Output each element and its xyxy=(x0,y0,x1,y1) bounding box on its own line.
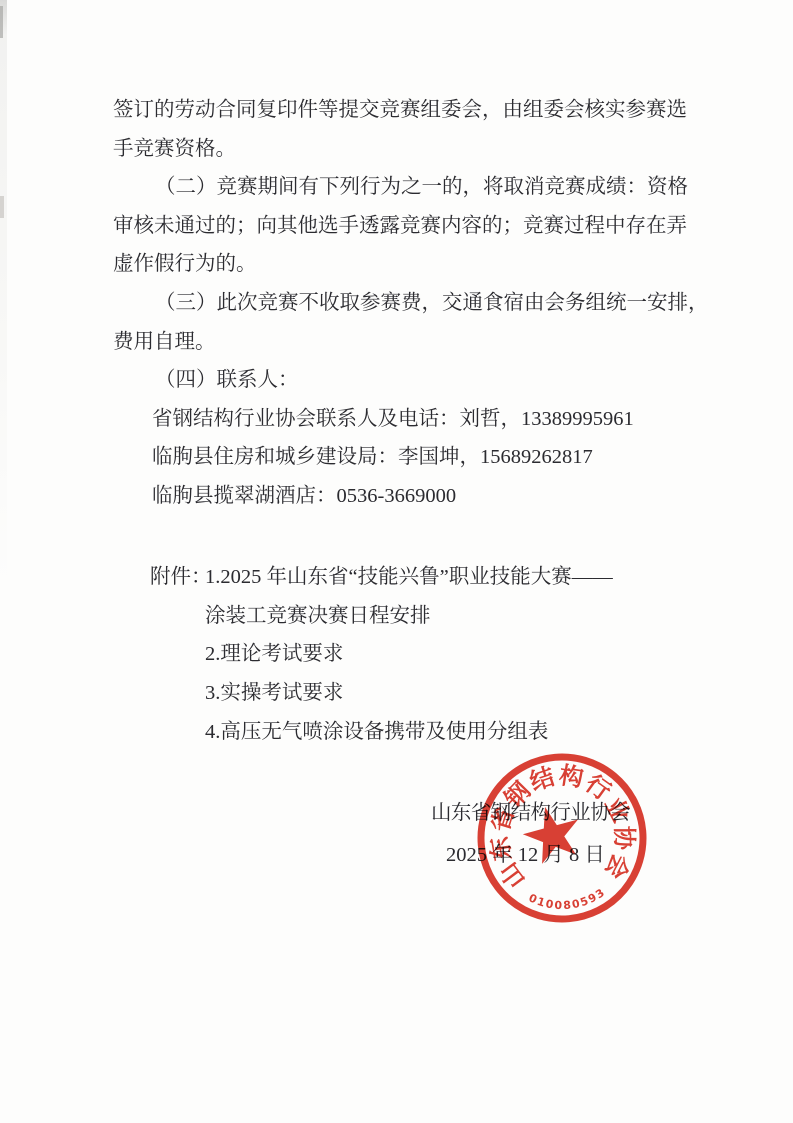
body-line: （四）联系人： xyxy=(113,361,709,400)
body-line: 签订的劳动合同复印件等提交竞赛组委会，由组委会核实参赛选 xyxy=(113,91,709,130)
contact-line: 省钢结构行业协会联系人及电话：刘哲，13389995961 xyxy=(113,400,709,439)
attachment-line: 附件： 1.2025 年山东省“技能兴鲁”职业技能大赛—— xyxy=(150,558,613,597)
body-line: （三）此次竞赛不收取参赛费，交通食宿由会务组统一安排， xyxy=(113,284,709,323)
svg-text:结: 结 xyxy=(526,761,558,796)
attachment-item: 1.2025 年山东省“技能兴鲁”职业技能大赛—— xyxy=(205,558,613,597)
scan-artifact-mark xyxy=(0,196,4,218)
attachments-block: 附件： 1.2025 年山东省“技能兴鲁”职业技能大赛—— 涂装工竞赛决赛日程安… xyxy=(150,558,613,752)
svg-text:协: 协 xyxy=(610,826,639,851)
attachment-item: 4.高压无气喷涂设备携带及使用分组表 xyxy=(150,713,613,752)
attachment-item: 涂装工竞赛决赛日程安排 xyxy=(150,597,613,636)
signature-date: 2025 年 12 月 8 日 xyxy=(446,837,605,867)
attachment-item: 3.实操考试要求 xyxy=(150,674,613,713)
contact-line: 临朐县揽翠湖酒店：0536-3669000 xyxy=(113,477,709,516)
scan-artifact-left-edge xyxy=(0,0,7,588)
body-line: 虚作假行为的。 xyxy=(113,245,709,284)
body-line: 手竞赛资格。 xyxy=(113,130,709,169)
scanned-document-page: 签订的劳动合同复印件等提交竞赛组委会，由组委会核实参赛选 手竞赛资格。 （二）竞… xyxy=(0,0,793,1123)
body-line: 费用自理。 xyxy=(113,323,709,362)
body-line: （二）竞赛期间有下列行为之一的，将取消竞赛成绩：资格 xyxy=(113,168,709,207)
contact-line: 临朐县住房和城乡建设局：李国坤，15689262817 xyxy=(113,438,709,477)
attachment-item: 2.理论考试要求 xyxy=(150,635,613,674)
attachments-label: 附件： xyxy=(150,558,205,597)
svg-text:构: 构 xyxy=(557,760,585,792)
signature-organization: 山东省钢结构行业协会 xyxy=(431,795,630,825)
body-text-block: 签订的劳动合同复印件等提交竞赛组委会，由组委会核实参赛选 手竞赛资格。 （二）竞… xyxy=(113,91,709,516)
body-line: 审核未通过的；向其他选手透露竞赛内容的；竞赛过程中存在弄 xyxy=(113,207,709,246)
scan-artifact-mark xyxy=(0,6,3,38)
